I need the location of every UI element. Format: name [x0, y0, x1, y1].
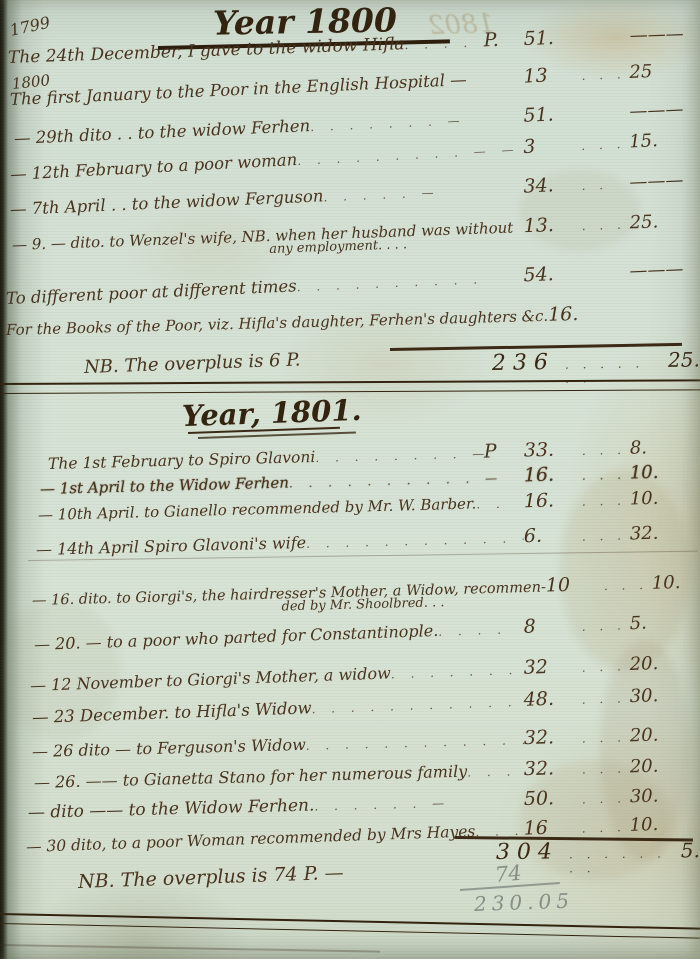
entry-amount-piastres: 6. — [524, 524, 583, 548]
entry-leader-dots: . . . . . . . . . . . . . . — [311, 695, 524, 716]
entry-text: — 9. — dito. to Wenzel's wife, NB. when … — [12, 219, 514, 254]
total-1800-piastres: 236 — [492, 350, 555, 376]
entry-leader-dots: . . — [476, 496, 524, 511]
entry-amount-piastres: 51. — [523, 26, 582, 50]
entry-mid-dots: . . . — [582, 494, 630, 509]
section-divider-rule — [0, 379, 700, 394]
entry-amount-piastres: 48. — [523, 687, 582, 711]
entry-text: — 26. —— to Gianetta Stano for her numer… — [34, 762, 468, 792]
entry-amount-piastres: 13. — [523, 213, 582, 237]
entry-amount-paras: 8. — [630, 436, 689, 459]
entry-amount-piastres: 32 — [523, 655, 582, 679]
entry-mid-dots — [582, 277, 630, 279]
overplus-note-1800: NB. The overplus is 6 P. — [84, 349, 301, 378]
entry-amount-piastres: 13 — [523, 63, 582, 88]
entry-amount-piastres: 33. — [524, 438, 583, 462]
entry-mid-dots: . . . . — [581, 217, 629, 233]
entry-amount-piastres: 51. — [523, 102, 582, 127]
entry-mid-dots: . . . . . — [581, 618, 629, 634]
entry-leader-dots: . . . . . . . . . . . — — [306, 531, 524, 551]
entry-amount-paras: 20. — [629, 652, 688, 675]
entry-text: — 1st April to the Widow Ferhen — [40, 473, 289, 498]
entry-leader-dots: . . . — [467, 764, 524, 779]
entry-amount-piastres: 16. — [524, 489, 583, 513]
entry-amount-piastres: 34. — [523, 173, 582, 198]
margin-year-1799: 1799 — [8, 13, 52, 40]
entry-leader-dots: . . . . . . . . . . — — [289, 470, 524, 490]
entry-amount-paras: 10. — [630, 487, 689, 510]
entry-amount-paras: 10. — [652, 571, 700, 594]
entry-leader-dots — [467, 83, 524, 85]
entry-mid-dots: . . . . . — [582, 761, 630, 776]
entry-text: To different poor at different times — [6, 276, 297, 308]
entry-mid-dots — [582, 117, 630, 119]
entry-amount-paras: 5. — [629, 611, 688, 634]
entry-amount-paras: 20. — [630, 755, 689, 778]
entry-mid-dots: . . . . — [582, 443, 630, 458]
entry-amount-paras: 10. — [629, 813, 688, 836]
entry-mid-dots — [606, 318, 654, 319]
entry-amount-paras: ——— — [629, 23, 688, 46]
entry-mid-dots: . . . . — [581, 137, 630, 153]
entry-text: — 30 dito, to a poor Woman recommended b… — [26, 822, 476, 856]
total-1800-paras: 25. — [668, 347, 700, 372]
entry-amount-piastres: 50. — [524, 787, 583, 811]
entry-amount-paras — [654, 317, 700, 319]
entry-leader-dots: . . . . . . . . . . . . . — [306, 733, 524, 753]
entry-text: — 12th February to a poor woman — [10, 150, 298, 184]
entry-text: — 7th April . . to the widow Ferguson — [10, 186, 324, 219]
entry-mid-dots: . . . . . . — [582, 468, 630, 483]
total-1801-leader-dots: . . . . . . . . — [569, 846, 671, 875]
entry-leader-dots: . . . . — [438, 622, 524, 639]
entry-amount-paras: 10. — [630, 461, 689, 484]
entry-currency-label: P — [484, 440, 525, 463]
total-1801: 304 . . . . . . . . 5. — [496, 838, 700, 876]
entry-text: For the Books of the Poor, viz. Hifla's … — [6, 307, 549, 339]
entry-text: The 1st February to Spiro Glavoni — [48, 448, 316, 473]
ledger-entry: — 9. — dito. to Wenzel's wife, NB. when … — [12, 209, 688, 255]
bottom-faint-rule — [0, 944, 380, 952]
entry-mid-dots: . . . . . — [604, 578, 652, 593]
entry-leader-dots: . . . . . . . . — [404, 35, 484, 52]
entry-amount-piastres: 16. — [524, 463, 583, 487]
entry-amount-paras: ——— — [629, 258, 688, 282]
entry-mid-dots: . . . . . — [581, 659, 629, 675]
entry-text: — 14th April Spiro Glavoni's wife — [36, 533, 307, 559]
entry-amount-piastres: 32. — [524, 726, 583, 750]
entry-mid-dots: . . . . — [582, 730, 630, 745]
pencil-total-top: 74 — [494, 861, 523, 887]
entry-mid-dots: . . . . . — [581, 691, 629, 707]
entry-text: — 23 December. to Hifla's Widow — [32, 698, 312, 727]
entry-leader-dots: . . . . . . — — [314, 794, 524, 813]
entry-amount-paras: 20. — [630, 724, 689, 747]
entry-mid-dots: . . . — [582, 528, 630, 543]
entry-amount-piastres: 8 — [523, 614, 582, 638]
entry-amount-piastres: 32. — [524, 757, 583, 781]
entry-mid-dots: . . . . . — [581, 67, 630, 83]
total-1801-paras: 5. — [681, 838, 700, 862]
entry-currency-label: P. — [483, 28, 524, 51]
entry-text: — dito —— to the Widow Ferhen. — [28, 796, 315, 823]
entry-amount-piastres: 10 — [546, 573, 605, 597]
ledger-entry: — 14th April Spiro Glavoni's wife. . . .… — [36, 521, 688, 560]
pencil-total-bottom: 230.05 — [474, 889, 575, 916]
entry-text: — 10th April. to Gianello recommended by… — [38, 495, 477, 524]
entry-text: — 29th dito . . to the widow Ferhen — [14, 116, 311, 148]
entry-mid-dots: . . — [581, 177, 630, 193]
entry-amount-piastres: 54. — [523, 262, 582, 287]
ledger-entry: To different poor at different times. . … — [6, 257, 688, 309]
entry-text: The first January to the Poor in the Eng… — [10, 70, 467, 109]
entry-amount-paras: 25. — [629, 210, 688, 233]
entry-mid-dots: . . . . — [582, 791, 630, 806]
entry-amount-paras: 25 — [629, 59, 688, 83]
entry-amount-paras: 30. — [629, 684, 688, 707]
entry-text-second-line: ded by Mr. Shoolbred. . . — [281, 595, 444, 614]
entry-amount-paras: 32. — [630, 522, 689, 545]
entry-text: — 20. — to a poor who parted for Constan… — [34, 621, 439, 654]
entry-leader-dots: . . . . . . . . — [391, 663, 524, 682]
entry-text: — 12 November to Giorgi's Mother, a wido… — [30, 663, 391, 695]
entry-leader-dots: . . . . . . . . . . — [296, 270, 524, 294]
entry-text: The 24th December, I gave to the widow H… — [8, 34, 405, 68]
entry-mid-dots — [582, 41, 630, 43]
entry-leader-dots: . . . . . . . . . — — — [297, 142, 524, 168]
entry-amount-paras: ——— — [629, 99, 688, 123]
entry-leader-dots: . . . . . — — [323, 182, 524, 205]
entry-amount-piastres: 3 — [523, 133, 582, 158]
entry-leader-dots: . . . . . . . . — — [315, 447, 484, 465]
manuscript-ledger-page: 1802 Year 1800 1799 1800 The 24th Decemb… — [0, 0, 700, 959]
entry-amount-paras: 30. — [630, 785, 689, 808]
entry-text: — 26 dito — to Ferguson's Widow — [32, 735, 306, 761]
entry-leader-dots: . . . . . . . — — [310, 111, 524, 134]
overplus-note-1801: NB. The overplus is 74 P. — — [78, 862, 344, 893]
entry-amount-piastres: 16. — [548, 302, 607, 326]
entry-amount-paras: 15. — [629, 129, 688, 153]
bottom-page-rule — [0, 913, 700, 939]
ledger-entry: — 20. — to a poor who parted for Constan… — [34, 610, 688, 655]
ledger-entry: For the Books of the Poor, viz. Hifla's … — [6, 300, 688, 340]
entry-mid-dots: . . . . . . . — [581, 820, 629, 836]
entry-amount-paras: ——— — [629, 169, 688, 193]
ledger-entry: — 16. dito. to Giorgi's, the hairdresser… — [32, 571, 688, 610]
